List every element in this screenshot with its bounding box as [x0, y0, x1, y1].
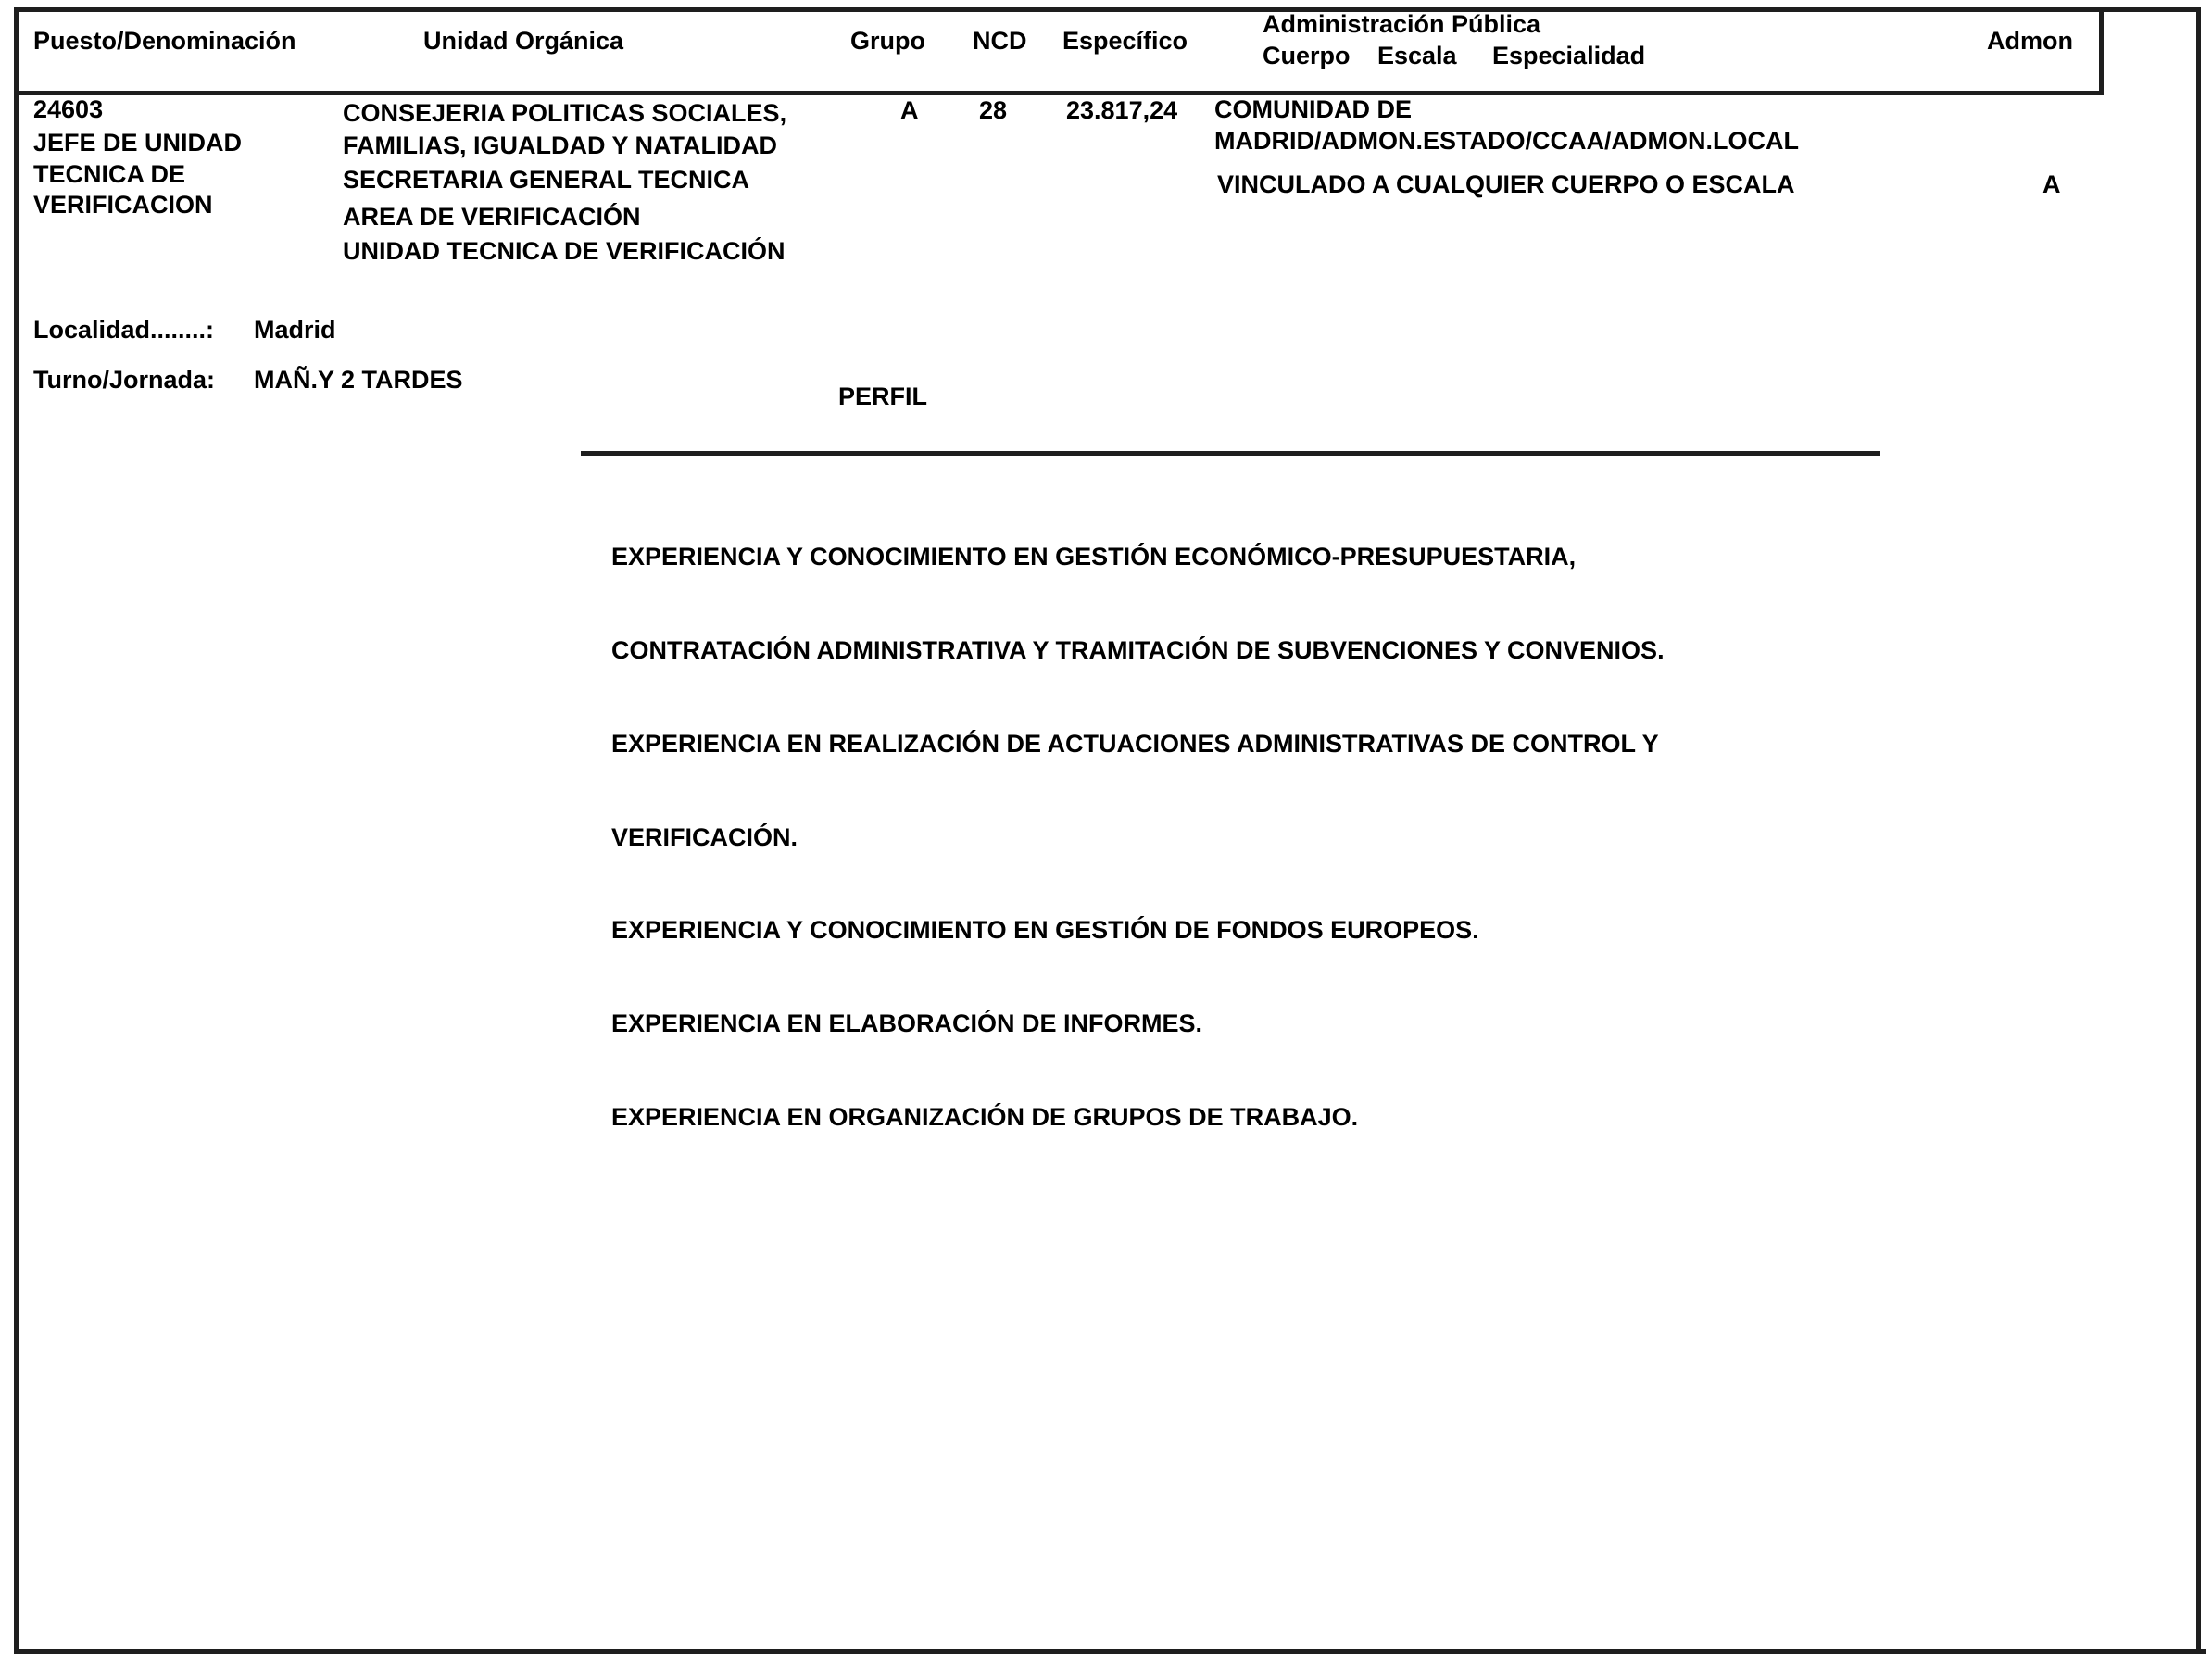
header-puesto: Puesto/Denominación: [33, 29, 296, 54]
unidad-organica-line: UNIDAD TECNICA DE VERIFICACIÓN: [343, 239, 786, 264]
unidad-organica-line: SECRETARIA GENERAL TECNICA: [343, 168, 749, 193]
header-right-border: [2099, 7, 2104, 95]
puesto-denominacion-line: TECNICA DE: [33, 162, 185, 187]
header-admon: Admon: [1987, 29, 2073, 54]
frame-bottom-border: [14, 1649, 2206, 1654]
header-cuerpo: Cuerpo: [1263, 44, 1351, 69]
header-grupo: Grupo: [850, 29, 925, 54]
header-unidad-organica: Unidad Orgánica: [423, 29, 623, 54]
puesto-codigo: 24603: [33, 97, 103, 122]
turno-value: MAÑ.Y 2 TARDES: [254, 368, 463, 393]
localidad-label: Localidad........:: [33, 318, 214, 343]
perfil-title: PERFIL: [838, 384, 927, 409]
perfil-line: EXPERIENCIA EN ELABORACIÓN DE INFORMES.: [611, 1009, 1665, 1040]
localidad-value: Madrid: [254, 318, 336, 343]
unidad-organica-line: CONSEJERIA POLITICAS SOCIALES,: [343, 101, 786, 126]
grupo-value: A: [900, 98, 919, 123]
perfil-line: EXPERIENCIA Y CONOCIMIENTO EN GESTIÓN EC…: [611, 542, 1665, 573]
header-bottom-border: [14, 91, 2104, 95]
turno-label: Turno/Jornada:: [33, 368, 215, 393]
perfil-text: EXPERIENCIA Y CONOCIMIENTO EN GESTIÓN EC…: [611, 480, 1665, 1164]
ncd-value: 28: [979, 98, 1007, 123]
header-especifico: Específico: [1062, 29, 1188, 54]
perfil-line: VERIFICACIÓN.: [611, 822, 1665, 854]
header-escala: Escala: [1377, 44, 1457, 69]
perfil-line: CONTRATACIÓN ADMINISTRATIVA Y TRAMITACIÓ…: [611, 635, 1665, 667]
puesto-denominacion-line: JEFE DE UNIDAD: [33, 131, 242, 156]
perfil-line: EXPERIENCIA EN REALIZACIÓN DE ACTUACIONE…: [611, 729, 1665, 760]
especifico-value: 23.817,24: [1066, 98, 1177, 123]
admon-value: A: [2042, 172, 2061, 197]
unidad-organica-line: AREA DE VERIFICACIÓN: [343, 205, 641, 230]
header-administracion-publica: Administración Pública: [1263, 12, 1540, 37]
administracion-line: COMUNIDAD DE: [1214, 97, 1412, 122]
puesto-denominacion-line: VERIFICACION: [33, 193, 213, 218]
header-ncd: NCD: [973, 29, 1027, 54]
perfil-line: EXPERIENCIA EN ORGANIZACIÓN DE GRUPOS DE…: [611, 1102, 1665, 1134]
unidad-organica-line: FAMILIAS, IGUALDAD Y NATALIDAD: [343, 133, 777, 158]
header-especialidad: Especialidad: [1492, 44, 1645, 69]
perfil-line: EXPERIENCIA Y CONOCIMIENTO EN GESTIÓN DE…: [611, 915, 1665, 947]
administracion-line: MADRID/ADMON.ESTADO/CCAA/ADMON.LOCAL: [1214, 129, 1799, 154]
perfil-divider: [581, 451, 1880, 456]
cuerpo-escala-value: VINCULADO A CUALQUIER CUERPO O ESCALA: [1217, 172, 1795, 197]
